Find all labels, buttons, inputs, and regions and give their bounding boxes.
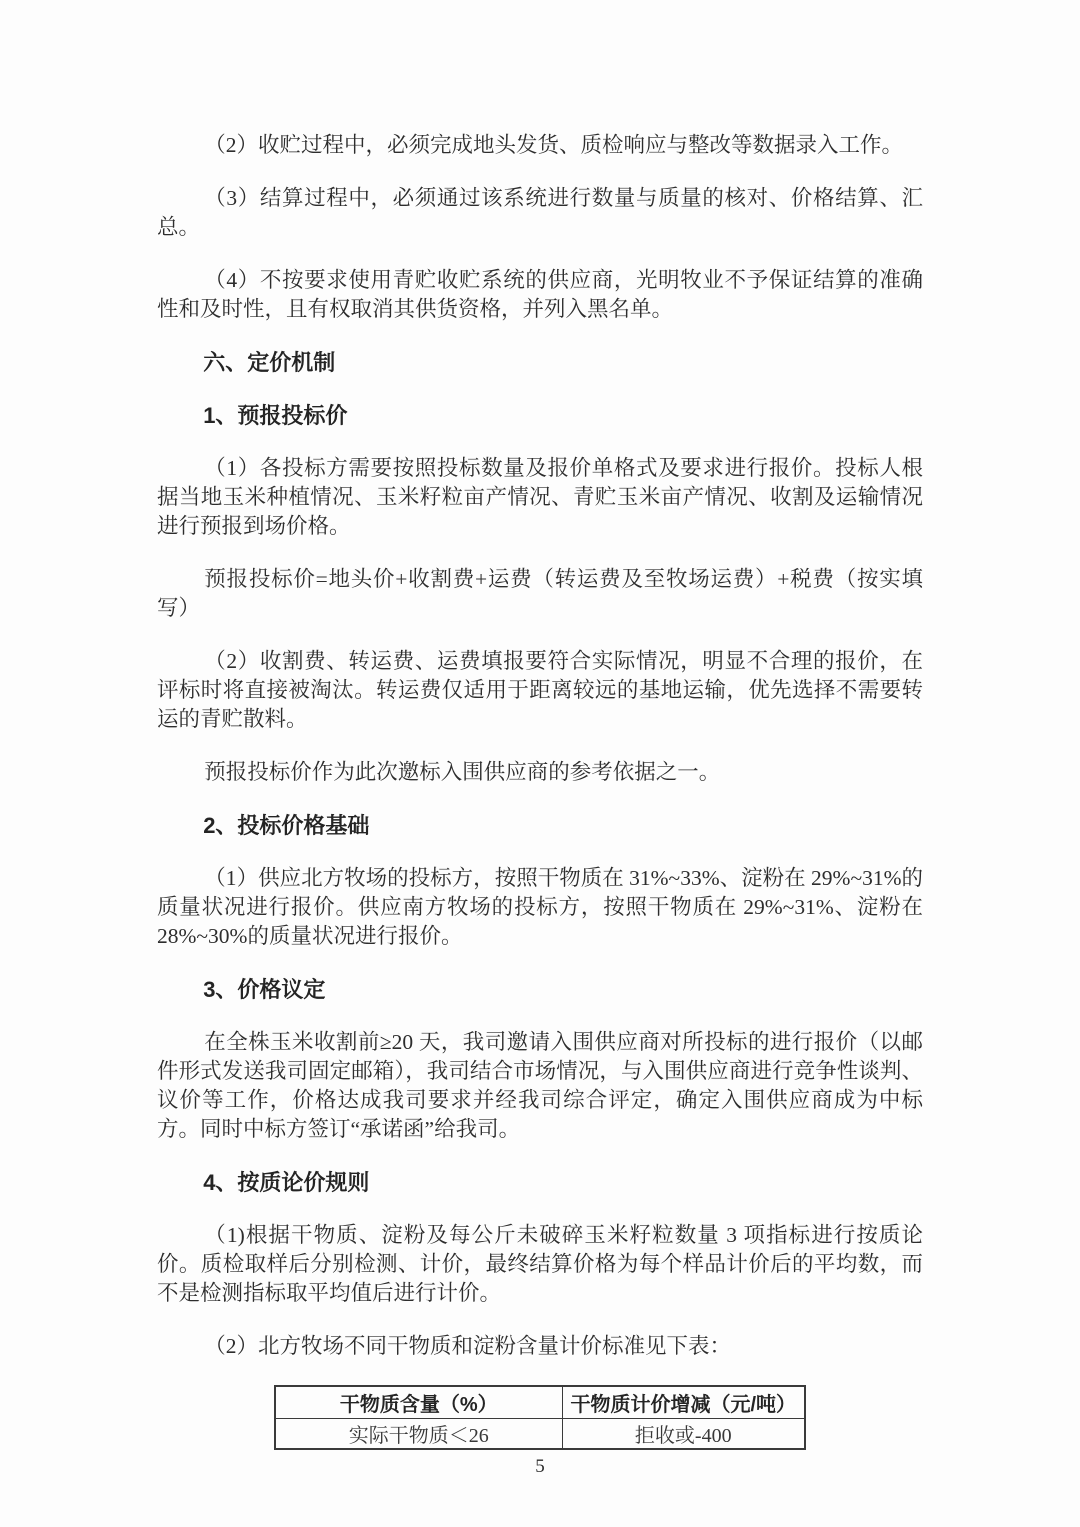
table-row: 实际干物质＜26 拒收或-400 [275,1419,805,1450]
table-cell-dry-matter-range: 实际干物质＜26 [275,1419,562,1450]
heading-quality-based-pricing-rules: 4、按质论价规则 [157,1168,923,1197]
paragraph-noncompliance-penalty: （4）不按要求使用青贮收贮系统的供应商，光明牧业不予保证结算的准确性和及时性，且… [157,266,923,324]
heading-bid-price-basis: 2、投标价格基础 [157,811,923,840]
paragraph-reference-basis: 预报投标价作为此次邀标入围供应商的参考依据之一。 [157,758,923,787]
paragraph-quality-pricing-indicators: （1)根据干物质、淀粉及每公斤未破碎玉米籽粒数量 3 项指标进行按质论价。质检取… [157,1221,923,1308]
table-header-price-adjustment: 干物质计价增减（元/吨） [562,1386,805,1419]
heading-price-negotiation: 3、价格议定 [157,975,923,1004]
heading-section-pricing-mechanism: 六、定价机制 [157,348,923,377]
document-page: （2）收贮过程中，必须完成地头发货、质检响应与整改等数据录入工作。 （3）结算过… [0,0,1080,1527]
dry-matter-pricing-table: 干物质含量（%） 干物质计价增减（元/吨） 实际干物质＜26 拒收或-400 [274,1385,806,1450]
table-cell-price-adjustment-value: 拒收或-400 [562,1419,805,1450]
heading-forecast-bid-price: 1、预报投标价 [157,401,923,430]
page-number: 5 [157,1456,923,1478]
table-header-row: 干物质含量（%） 干物质计价增减（元/吨） [275,1386,805,1419]
paragraph-price-quality-basis: （1）供应北方牧场的投标方，按照干物质在 31%~33%、淀粉在 29%~31%… [157,864,923,951]
paragraph-price-negotiation-process: 在全株玉米收割前≥20 天，我司邀请入围供应商对所投标的进行报价（以邮件形式发送… [157,1028,923,1144]
paragraph-settlement-process: （3）结算过程中，必须通过该系统进行数量与质量的核对、价格结算、汇总。 [157,184,923,242]
paragraph-table-intro: （2）北方牧场不同干物质和淀粉含量计价标准见下表： [157,1332,923,1361]
paragraph-fee-filling-rules: （2）收割费、转运费、运费填报要符合实际情况，明显不合理的报价，在评标时将直接被… [157,647,923,734]
paragraph-bid-price-formula: 预报投标价=地头价+收割费+运费（转运费及至牧场运费）+税费（按实填写） [157,565,923,623]
table-header-dry-matter-content: 干物质含量（%） [275,1386,562,1419]
paragraph-bid-quote-requirements: （1）各投标方需要按照投标数量及报价单格式及要求进行报价。投标人根据当地玉米种植… [157,454,923,541]
paragraph-storage-process: （2）收贮过程中，必须完成地头发货、质检响应与整改等数据录入工作。 [157,131,923,160]
